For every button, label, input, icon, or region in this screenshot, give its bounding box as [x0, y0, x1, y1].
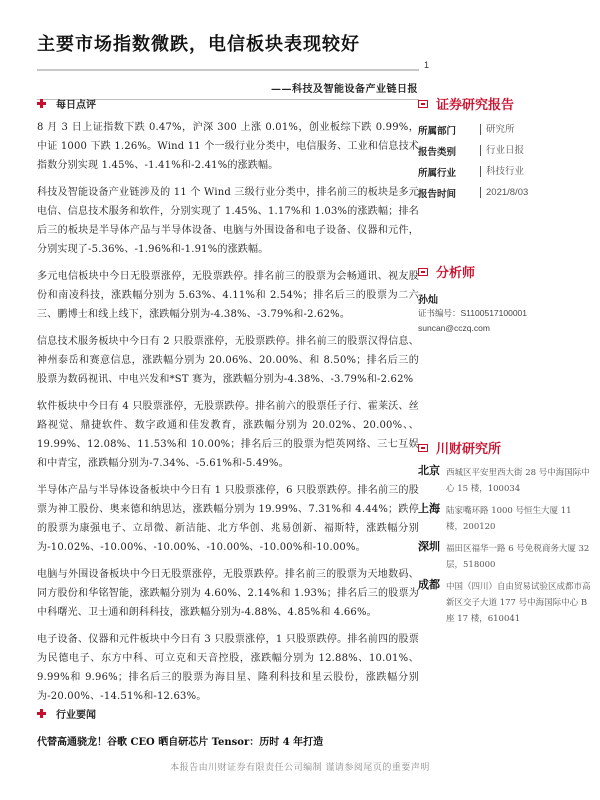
institute-heading-label: 川财研究所	[436, 438, 501, 457]
info-row-department: 所属部门 研究所	[418, 119, 598, 140]
paragraph-computer-peripherals: 电脑与外围设备板块中今日无股票涨停，无股票跌停。排名前三的股票为天地数码、同方股…	[37, 565, 419, 622]
info-row-category: 报告类别 行业日报	[418, 140, 598, 161]
sidebar-analyst: 分析师 孙灿 证书编号：S1100517100001 suncan@cczq.c…	[418, 262, 598, 335]
analyst-heading: 分析师	[418, 262, 598, 281]
report-subtitle: ——科技及智能设备产业链日报	[271, 80, 418, 95]
office-address: 福田区福华一路 6 号免税商务大厦 32 层，518000	[446, 539, 591, 573]
info-key: 报告时间	[418, 186, 480, 200]
office-address: 西城区平安里西大街 28 号中海国际中心 15 楼，100034	[446, 463, 591, 497]
report-box-icon	[418, 444, 428, 452]
office-city: 深圳	[418, 539, 446, 573]
report-title: 主要市场指数微跌，电信板块表现较好	[37, 30, 360, 56]
office-shenzhen: 深圳 福田区福华一路 6 号免税商务大厦 32 层，518000	[418, 539, 598, 573]
sidebar-report-info: 证券研究报告 所属部门 研究所 报告类别 行业日报 所属行业 科技行业 报告时间…	[418, 94, 598, 203]
paragraph-software: 软件板块中今日有 4 只股票涨停，无股票跌停。排名前六的股票任子行、霍莱沃、丝路…	[37, 397, 419, 473]
office-address: 中国（四川）自由贸易试验区成都市高新区交子大道 177 号中海国际中心 B 座 …	[446, 577, 591, 627]
daily-review-body: 8 月 3 日上证指数下跌 0.47%，沪深 300 上涨 0.01%，创业板综…	[37, 118, 419, 714]
report-info-table: 所属部门 研究所 报告类别 行业日报 所属行业 科技行业 报告时间 2021/8…	[418, 119, 598, 203]
office-city: 上海	[418, 501, 446, 535]
news-headline: 代替高通骁龙！谷歌 CEO 晒自研芯片 Tensor：历时 4 年打造	[37, 733, 323, 748]
info-key: 报告类别	[418, 144, 480, 158]
flower-bullet-icon	[37, 99, 46, 108]
footer-disclaimer: 本报告由川财证券有限责任公司编制 谨请参阅尾页的重要声明	[0, 760, 600, 773]
section-heading-label: 每日点评	[56, 96, 96, 111]
office-shanghai: 上海 陆家嘴环路 1000 号恒生大厦 11 楼，200120	[418, 501, 598, 535]
info-value: 行业日报	[480, 145, 524, 156]
analyst-email[interactable]: suncan@cczq.com	[418, 321, 598, 335]
info-row-date: 报告时间 2021/8/03	[418, 182, 598, 203]
analyst-name: 孙灿	[418, 291, 598, 306]
analyst-heading-label: 分析师	[436, 262, 475, 281]
paragraph-sector-ranking: 科技及智能设备产业链涉及的 11 个 Wind 三级行业分类中，排名前三的板块是…	[37, 183, 419, 259]
cert-number: S1100517100001	[461, 308, 528, 318]
office-chengdu: 成都 中国（四川）自由贸易试验区成都市高新区交子大道 177 号中海国际中心 B…	[418, 577, 598, 627]
section-heading-label: 行业要闻	[56, 706, 96, 721]
info-value: 2021/8/03	[480, 187, 528, 198]
title-divider	[37, 69, 419, 71]
analyst-cert: 证书编号：S1100517100001	[418, 306, 598, 321]
office-city: 北京	[418, 463, 446, 497]
report-box-icon	[418, 268, 428, 276]
report-info-heading-label: 证券研究报告	[436, 94, 514, 113]
office-beijing: 北京 西城区平安里西大街 28 号中海国际中心 15 楼，100034	[418, 463, 598, 497]
office-address: 陆家嘴环路 1000 号恒生大厦 11 楼，200120	[446, 501, 591, 535]
paragraph-telecom: 多元电信板块中今日无股票涨停，无股票跌停。排名前三的股票为会畅通讯、视友股份和南…	[37, 267, 419, 324]
section-heading-daily-review: 每日点评	[37, 96, 96, 111]
report-box-icon	[418, 100, 428, 108]
section-heading-industry-news: 行业要闻	[37, 706, 96, 721]
paragraph-it-services: 信息技术服务板块中今日有 2 只股票涨停，无股票跌停。排名前三的股票汉得信息、神…	[37, 332, 419, 389]
info-key: 所属部门	[418, 123, 480, 137]
report-info-heading: 证券研究报告	[418, 94, 598, 113]
paragraph-semiconductor: 半导体产品与半导体设备板块中今日有 1 只股票涨停，6 只股票跌停。排名前三的股…	[37, 481, 419, 557]
info-value: 研究所	[480, 124, 515, 135]
paragraph-market-indices: 8 月 3 日上证指数下跌 0.47%，沪深 300 上涨 0.01%，创业板综…	[37, 118, 419, 175]
info-key: 所属行业	[418, 165, 480, 179]
paragraph-electronic-equipment: 电子设备、仪器和元件板块中今日有 3 只股票涨停，1 只股票跌停。排名前四的股票…	[37, 630, 419, 706]
flower-bullet-icon	[37, 709, 46, 718]
sidebar-institute: 川财研究所 北京 西城区平安里西大街 28 号中海国际中心 15 楼，10003…	[418, 438, 598, 627]
info-value: 科技行业	[480, 166, 524, 177]
institute-heading: 川财研究所	[418, 438, 598, 457]
info-row-industry: 所属行业 科技行业	[418, 161, 598, 182]
office-city: 成都	[418, 577, 446, 627]
page-number: 1	[424, 60, 429, 70]
cert-label: 证书编号：	[418, 309, 461, 319]
